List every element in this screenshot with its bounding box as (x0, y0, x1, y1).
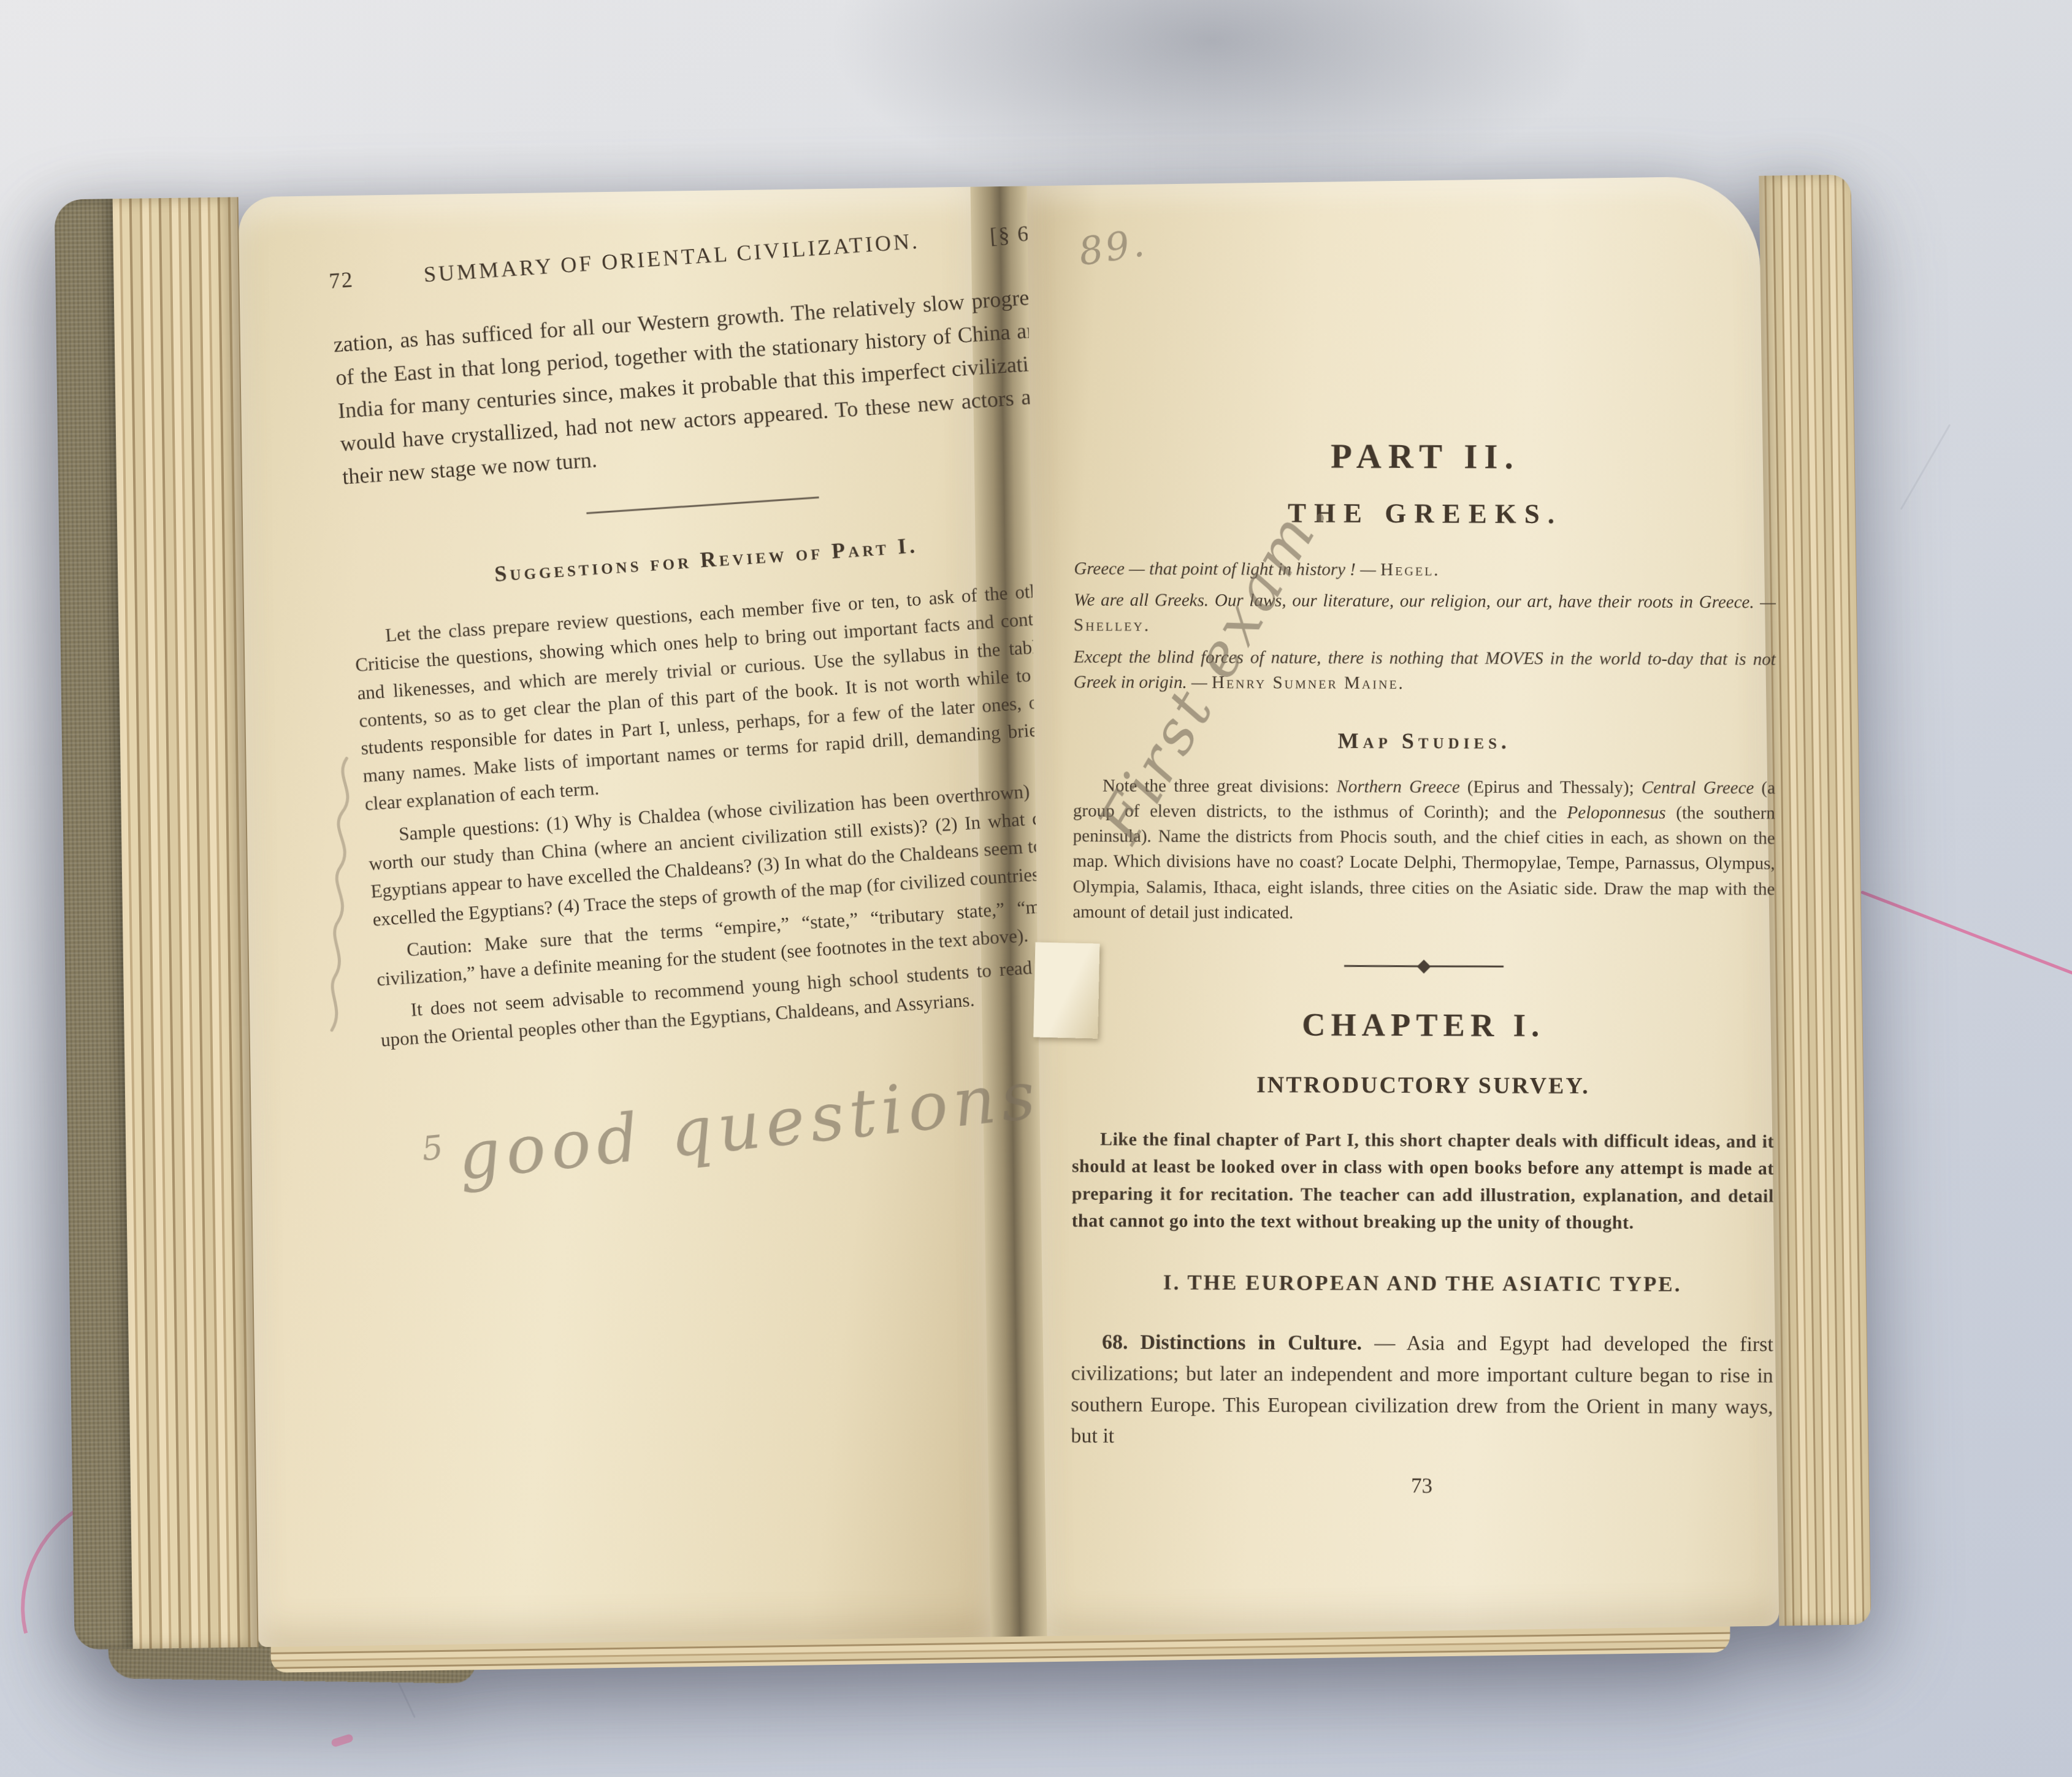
left-page-number: 72 (328, 267, 354, 294)
page-edges-left (113, 197, 259, 1649)
running-title: SUMMARY OF ORIENTAL CIVILIZATION. (423, 228, 920, 288)
chapter-subheading: INTRODUCTORY SURVEY. (1072, 1071, 1774, 1100)
handwritten-note: good questions (454, 1057, 1044, 1195)
section-heading: I. THE EUROPEAN AND THE ASIATIC TYPE. (1071, 1271, 1773, 1297)
photo-of-open-book: 72 SUMMARY OF ORIENTAL CIVILIZATION. [§ … (0, 0, 2072, 1777)
handwritten-number-5: 5 (420, 1127, 451, 1168)
pencil-handwriting-89: 89. (1076, 220, 1149, 275)
divider-bar (1344, 965, 1421, 967)
section-68-lead: 68. Distinctions in Culture. (1102, 1331, 1362, 1355)
chapter-intro-paragraph: Like the final chapter of Part I, this s… (1072, 1126, 1775, 1237)
divider-diamond-icon (1416, 960, 1431, 974)
right-page-text: 89. First exam. PART II. THE GREEKS. Gre… (1071, 221, 1777, 1499)
open-book: 72 SUMMARY OF ORIENTAL CIVILIZATION. [§ … (55, 175, 1871, 1650)
left-page: 72 SUMMARY OF ORIENTAL CIVILIZATION. [§ … (239, 187, 991, 1647)
ornamental-divider (1344, 961, 1504, 972)
left-page-text: 72 SUMMARY OF ORIENTAL CIVILIZATION. [§ … (328, 220, 1104, 1188)
right-page-number: 73 (1071, 1473, 1773, 1500)
body-paragraph: zation, as has sufficed for all our West… (332, 280, 1057, 494)
quote-source: Hegel. (1380, 560, 1440, 579)
section-68-paragraph: 68. Distinctions in Culture. — Asia and … (1071, 1327, 1773, 1454)
epigraph-quote: We are all Greeks. Our laws, our literat… (1074, 587, 1776, 640)
section-divider-rule (586, 497, 819, 514)
desk-scratch (1900, 424, 1951, 510)
part-heading: PART II. (1074, 435, 1776, 478)
pink-pen-mark (331, 1733, 354, 1748)
epigraph-quote: Greece — that point of light in history … (1074, 556, 1776, 584)
chapter-heading: CHAPTER I. (1072, 1006, 1775, 1045)
right-page: 89. First exam. PART II. THE GREEKS. Gre… (1026, 176, 1779, 1636)
book-top-shadow (828, 0, 1594, 202)
divider-bar (1426, 966, 1504, 968)
pink-pen-mark (1860, 890, 2072, 988)
margin-pencil-scrawl (313, 752, 366, 1042)
running-header: 72 SUMMARY OF ORIENTAL CIVILIZATION. [§ … (328, 220, 1042, 294)
quote-source: Shelley. (1074, 616, 1150, 635)
part-subheading: THE GREEKS. (1074, 496, 1776, 530)
quote-text: We are all Greeks. Our laws, our literat… (1074, 590, 1776, 612)
